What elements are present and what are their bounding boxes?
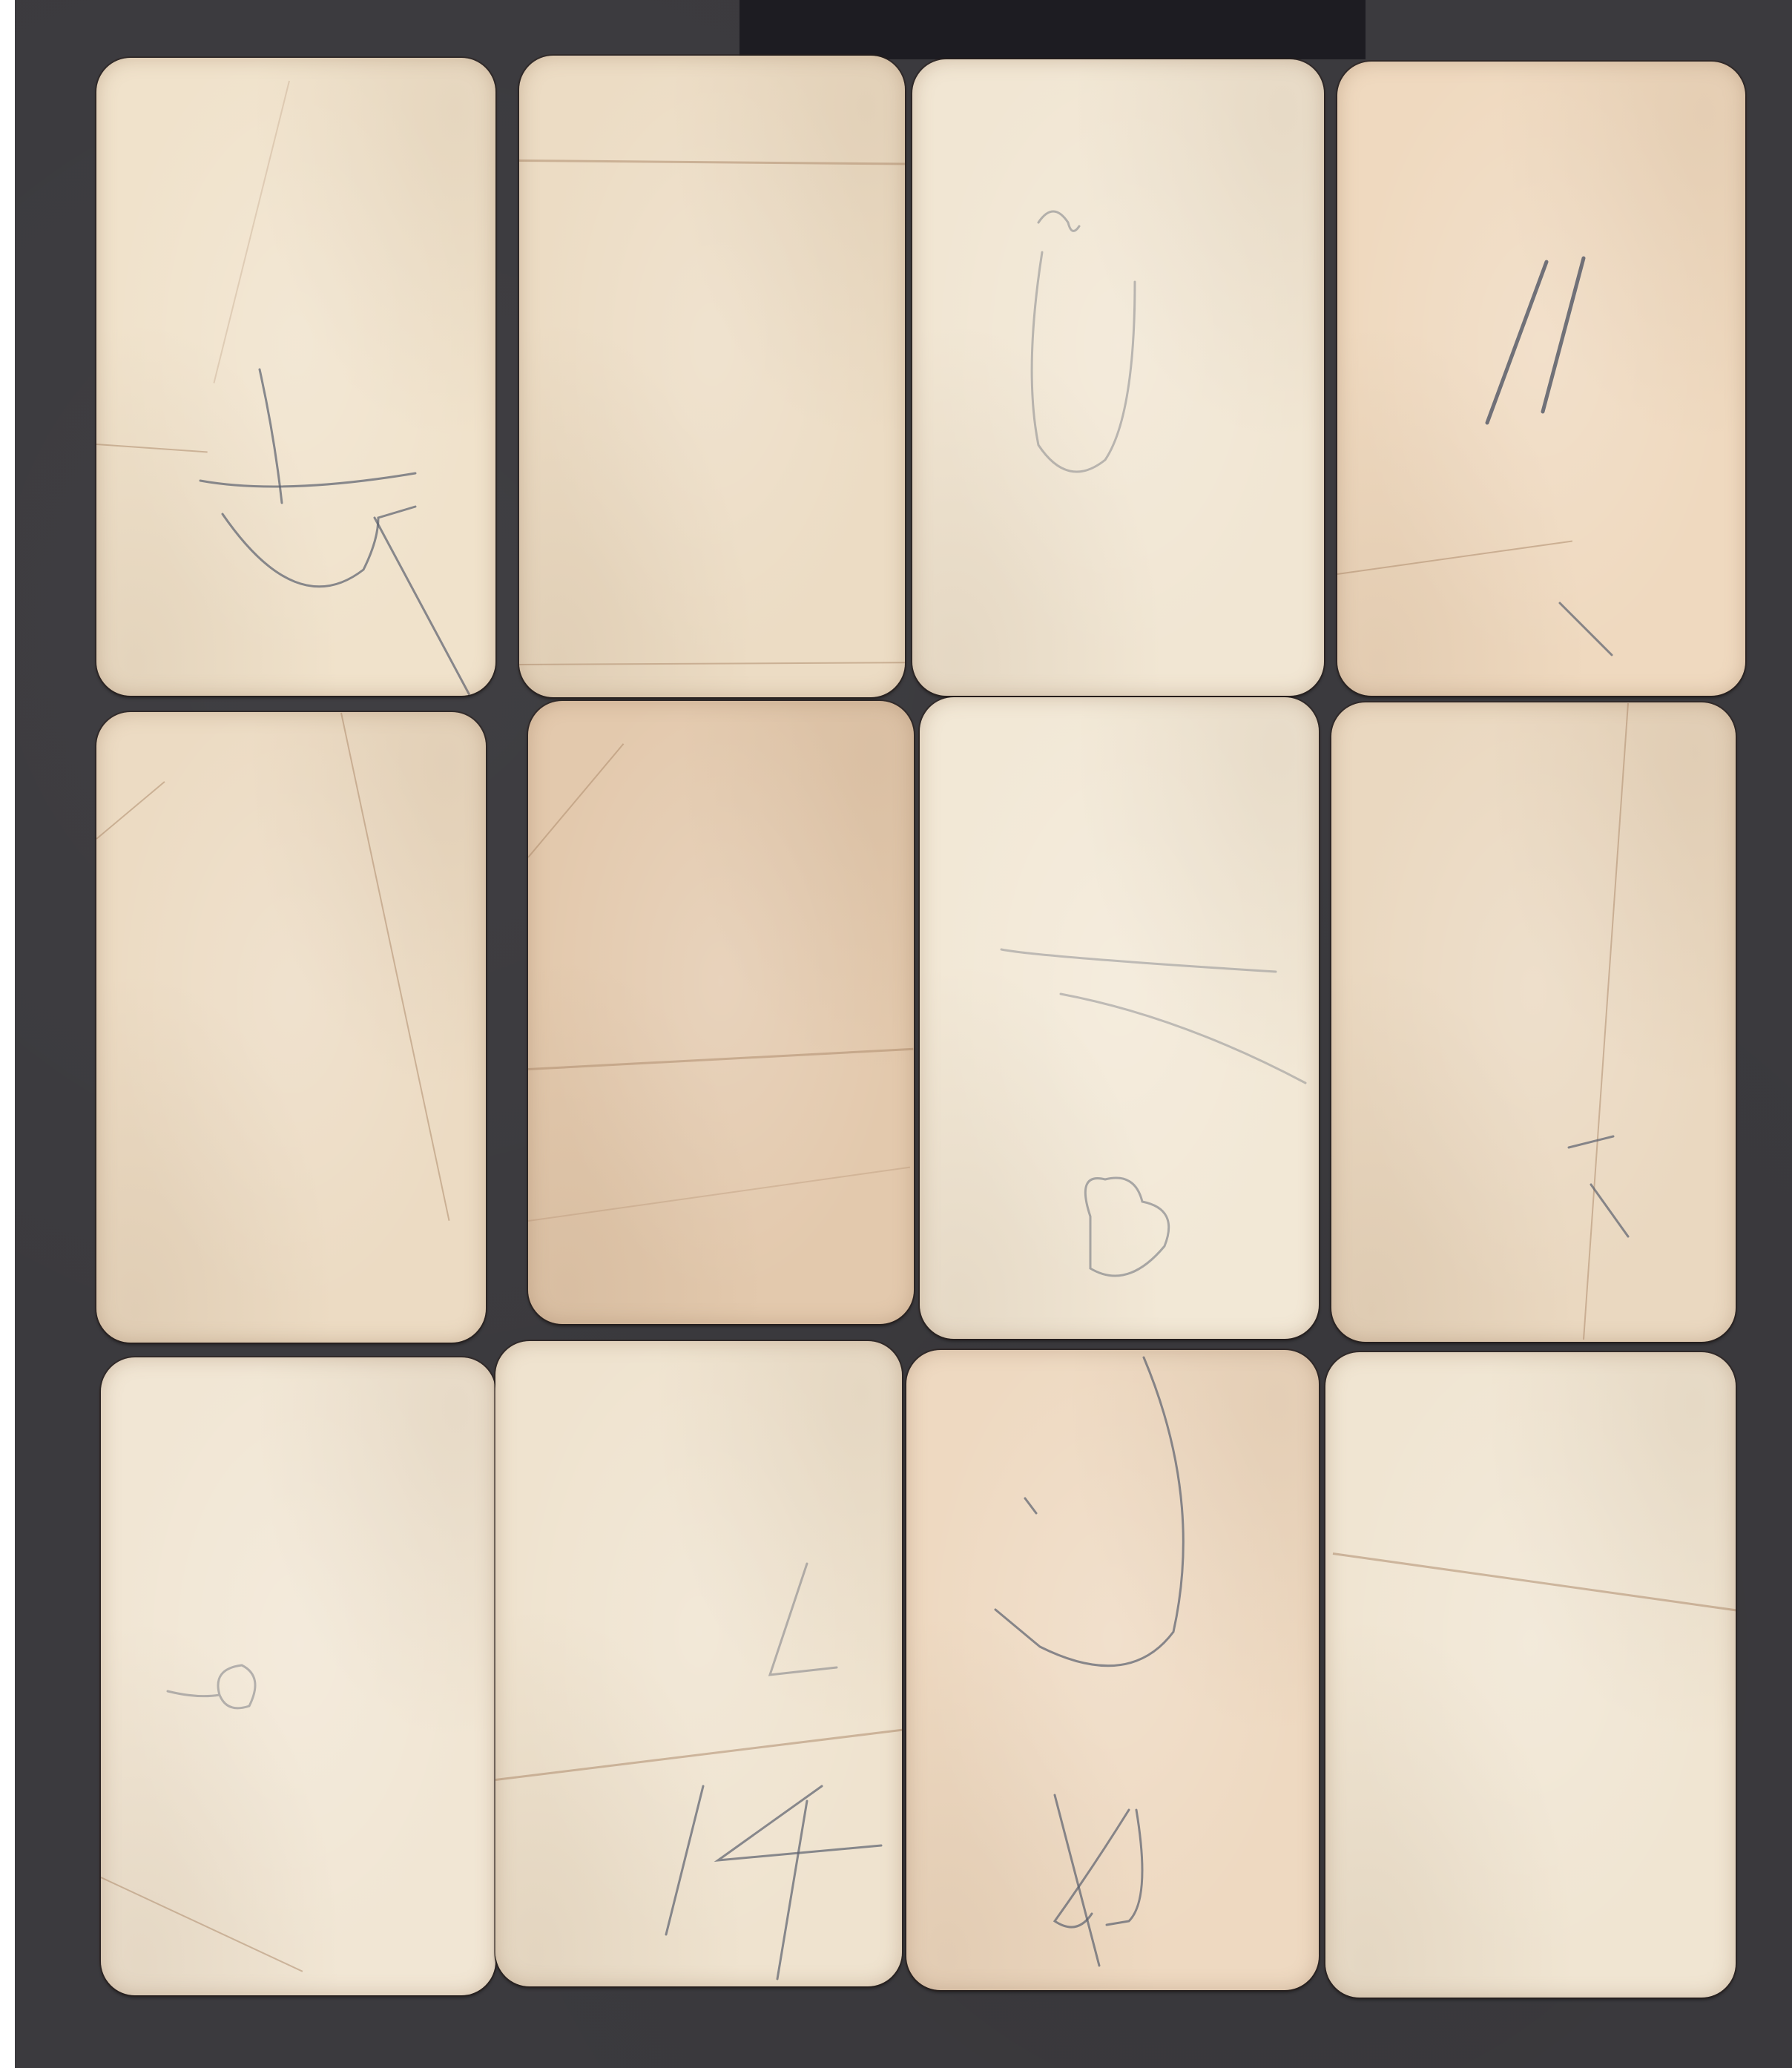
- card-back-1: 5: [96, 58, 495, 696]
- card-back-8: [1331, 702, 1736, 1342]
- pencil-mark-6: [101, 1357, 495, 1995]
- pencil-loop-2: [912, 59, 1324, 696]
- card-back-11: 8: [906, 1350, 1319, 1990]
- pencil-mark-4: [495, 1341, 902, 1986]
- pencil-mark-11: [1337, 62, 1745, 696]
- card-back-9: 6: [101, 1357, 495, 1995]
- card-back-7: 0: [920, 697, 1319, 1339]
- card-back-2: [519, 56, 905, 697]
- pencil-loop-and-8: [906, 1350, 1319, 1990]
- card-back-6: [528, 701, 914, 1324]
- card-back-10: 4: [495, 1341, 902, 1986]
- card-mark: [1325, 1352, 1326, 1353]
- top-dark-band: [739, 0, 1366, 59]
- card-back-3: 2: [912, 59, 1324, 696]
- card-mark: [96, 712, 97, 713]
- pencil-loop-0: [920, 697, 1319, 1339]
- card-mark: [519, 56, 520, 56]
- card-back-5: [96, 712, 486, 1343]
- card-mark: [528, 701, 529, 702]
- card-back-4: 11: [1337, 62, 1745, 696]
- pencil-ticks: [1331, 702, 1736, 1342]
- pencil-scribble-5: [96, 58, 495, 696]
- card-back-12: [1325, 1352, 1736, 1998]
